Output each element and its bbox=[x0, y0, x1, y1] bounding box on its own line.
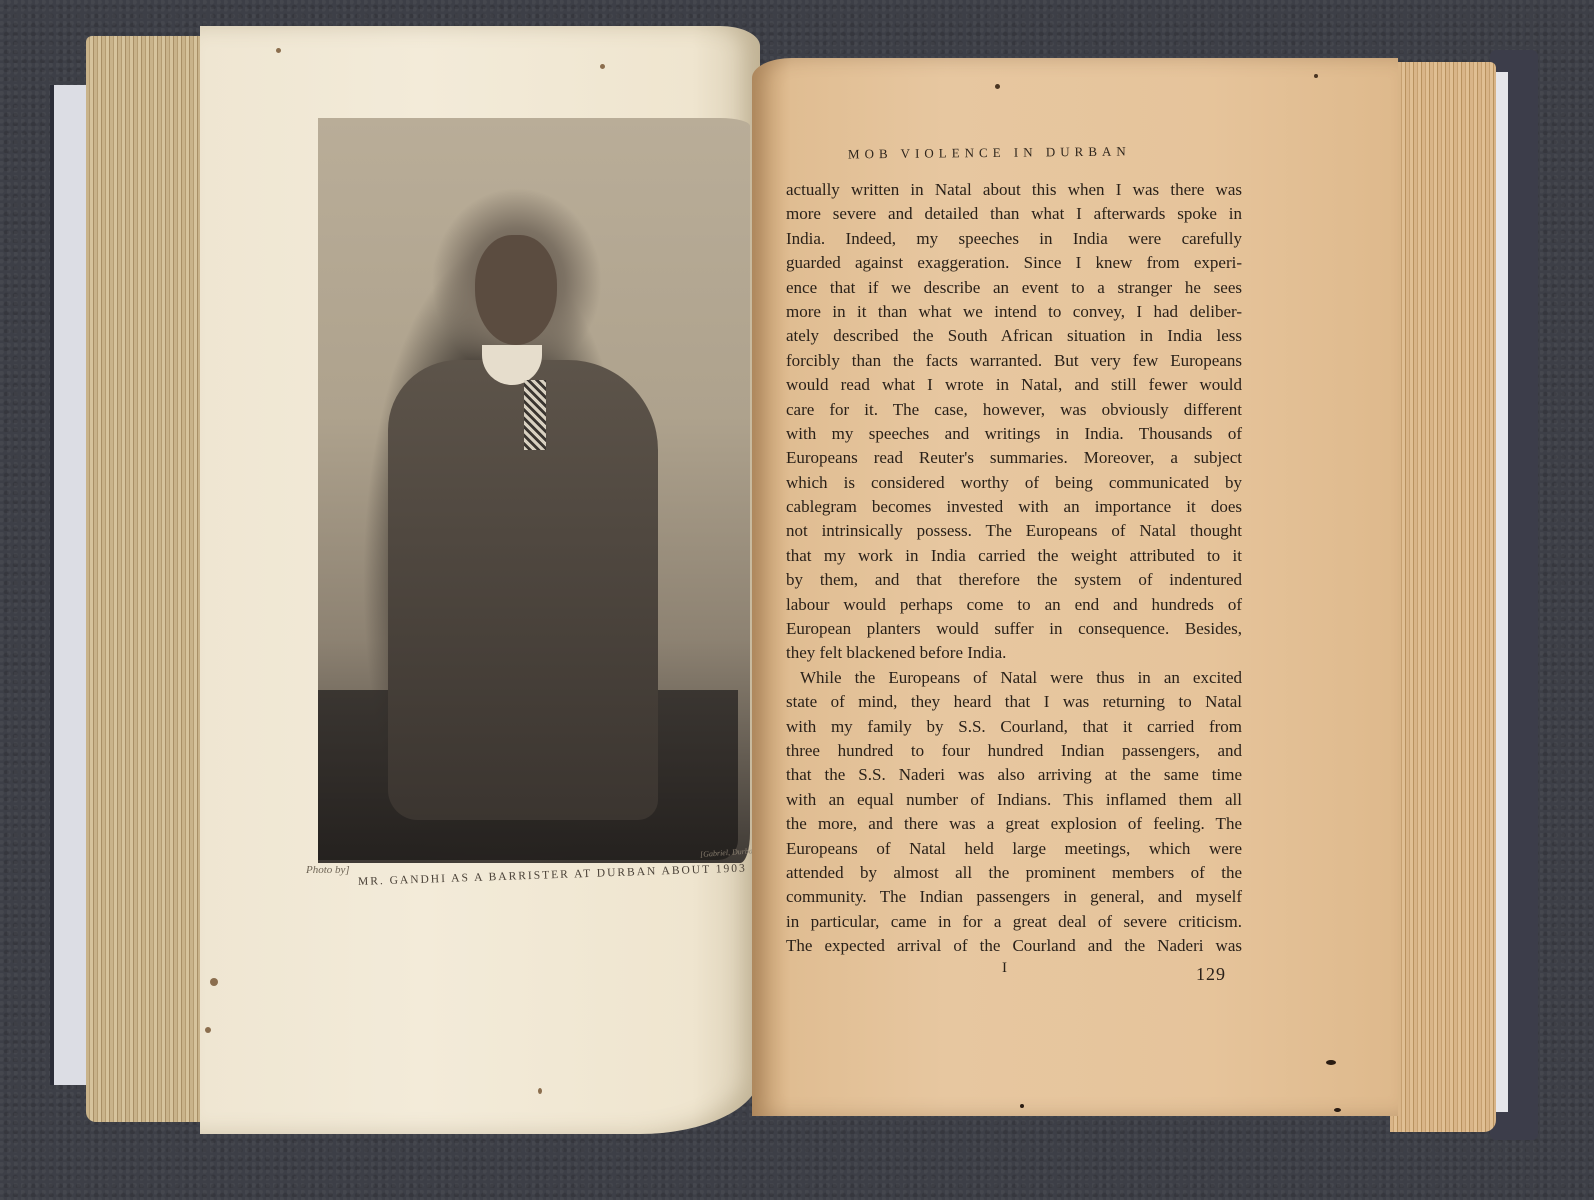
text-line: with my family by S.S. Courland, that it… bbox=[786, 715, 1242, 739]
text-line: not intrinsically possess. The Europeans… bbox=[786, 519, 1242, 543]
photo-figure-coat bbox=[388, 360, 658, 820]
text-line: Europeans of Natal held large meetings, … bbox=[786, 837, 1242, 861]
text-line: in particular, came in for a great deal … bbox=[786, 910, 1242, 934]
page-hole bbox=[1326, 1060, 1336, 1065]
page-hole bbox=[1314, 74, 1318, 78]
page-hole bbox=[600, 64, 605, 69]
page-hole bbox=[276, 48, 281, 53]
running-head: MOB VIOLENCE IN DURBAN bbox=[848, 144, 1131, 163]
text-line: by them, and that therefore the system o… bbox=[786, 568, 1242, 592]
page-block-edge-right bbox=[1390, 62, 1496, 1132]
text-line: actually written in Natal about this whe… bbox=[786, 178, 1242, 202]
text-line: with my speeches and writings in India. … bbox=[786, 422, 1242, 446]
page-block-edge-left bbox=[86, 36, 208, 1122]
text-line: labour would perhaps come to an end and … bbox=[786, 593, 1242, 617]
page-hole bbox=[995, 84, 1000, 89]
body-text: actually written in Natal about this whe… bbox=[786, 178, 1242, 959]
text-line: state of mind, they heard that I was ret… bbox=[786, 690, 1242, 714]
photo-credit-left: Photo by] bbox=[306, 864, 350, 876]
text-line: three hundred to four hundred Indian pas… bbox=[786, 739, 1242, 763]
text-line: that the S.S. Naderi was also arriving a… bbox=[786, 763, 1242, 787]
text-line: ately described the South African situat… bbox=[786, 324, 1242, 348]
text-line: care for it. The case, however, was obvi… bbox=[786, 398, 1242, 422]
text-line: European planters would suffer in conseq… bbox=[786, 617, 1242, 641]
text-line: India. Indeed, my speeches in India were… bbox=[786, 227, 1242, 251]
page-hole bbox=[205, 1027, 211, 1033]
page-hole bbox=[538, 1088, 542, 1094]
text-line: guarded against exaggeration. Since I kn… bbox=[786, 251, 1242, 275]
text-line: they felt blackened before India. bbox=[786, 641, 1242, 665]
text-line: Europeans read Reuter's summaries. Moreo… bbox=[786, 446, 1242, 470]
text-line: ence that if we describe an event to a s… bbox=[786, 276, 1242, 300]
text-line: more in it than what we intend to convey… bbox=[786, 300, 1242, 324]
text-line: While the Europeans of Natal were thus i… bbox=[786, 666, 1242, 690]
text-line: with an equal number of Indians. This in… bbox=[786, 788, 1242, 812]
text-line: forcibly than the facts warranted. But v… bbox=[786, 349, 1242, 373]
text-line: that my work in India carried the weight… bbox=[786, 544, 1242, 568]
photo-figure-tie bbox=[524, 380, 546, 450]
text-line: which is considered worthy of being comm… bbox=[786, 471, 1242, 495]
photo-figure-head bbox=[475, 235, 557, 345]
text-line: community. The Indian passengers in gene… bbox=[786, 885, 1242, 909]
text-line: the more, and there was a great explosio… bbox=[786, 812, 1242, 836]
page-hole bbox=[210, 978, 218, 986]
page-number: 129 bbox=[1196, 964, 1226, 985]
page-hole bbox=[1334, 1108, 1341, 1112]
text-line: would read what I wrote in Natal, and st… bbox=[786, 373, 1242, 397]
page-hole bbox=[1020, 1104, 1024, 1108]
text-line: cablegram becomes invested with an impor… bbox=[786, 495, 1242, 519]
text-line: more severe and detailed than what I aft… bbox=[786, 202, 1242, 226]
text-line: The expected arrival of the Courland and… bbox=[786, 934, 1242, 958]
signature-mark: I bbox=[1002, 960, 1007, 977]
text-line: attended by almost all the prominent mem… bbox=[786, 861, 1242, 885]
